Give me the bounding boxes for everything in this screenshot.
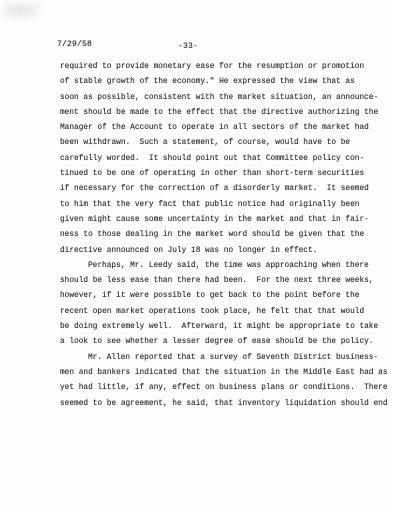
text-line: required to provide monetary ease for th… <box>60 60 366 75</box>
text-line: to him that the very fact that public no… <box>60 198 366 213</box>
scan-smudge <box>2 2 48 22</box>
text-line: should be less ease than there had been.… <box>60 274 366 289</box>
header-date: 7/29/58 <box>57 40 92 49</box>
text-line: directive announced on July 18 was no lo… <box>60 244 366 259</box>
text-line: be doing extremely well. Afterward, it m… <box>60 320 366 335</box>
text-line: if necessary for the correction of a dis… <box>60 182 366 197</box>
text-line: a look to see whether a lesser degree of… <box>60 335 366 350</box>
text-line: men and bankers indicated that the situa… <box>60 366 366 381</box>
text-line: soon as possible, consistent with the ma… <box>60 91 366 106</box>
text-line: Manager of the Account to operate in all… <box>60 121 366 136</box>
text-line: ment should be made to the effect that t… <box>60 106 366 121</box>
text-line: recent open market operations took place… <box>60 305 366 320</box>
text-line: of stable growth of the economy." He exp… <box>60 75 366 90</box>
text-line: Perhaps, Mr. Leedy said, the time was ap… <box>60 259 366 274</box>
text-line: however, if it were possible to get back… <box>60 289 366 304</box>
document-page: 7/29/58 -33- required to provide monetar… <box>0 0 393 512</box>
text-line: carefully worded. It should point out th… <box>60 152 366 167</box>
paragraph: Perhaps, Mr. Leedy said, the time was ap… <box>60 259 366 351</box>
text-line: Mr. Allen reported that a survey of Seve… <box>60 351 366 366</box>
text-line: ness to those dealing in the market word… <box>60 228 366 243</box>
text-line: given might cause some uncertainty in th… <box>60 213 366 228</box>
page-header: 7/29/58 -33- <box>0 40 393 54</box>
page-number: -33- <box>178 42 198 51</box>
text-line: tinued to be one of operating in other t… <box>60 167 366 182</box>
text-line: seemed to be agreement, he said, that in… <box>60 397 366 412</box>
paragraph: Mr. Allen reported that a survey of Seve… <box>60 351 366 412</box>
document-body: required to provide monetary ease for th… <box>60 60 366 412</box>
text-line: yet had little, if any, effect on busine… <box>60 381 366 396</box>
paragraph: required to provide monetary ease for th… <box>60 60 366 259</box>
text-line: been withdrawn. Such a statement, of cou… <box>60 136 366 151</box>
